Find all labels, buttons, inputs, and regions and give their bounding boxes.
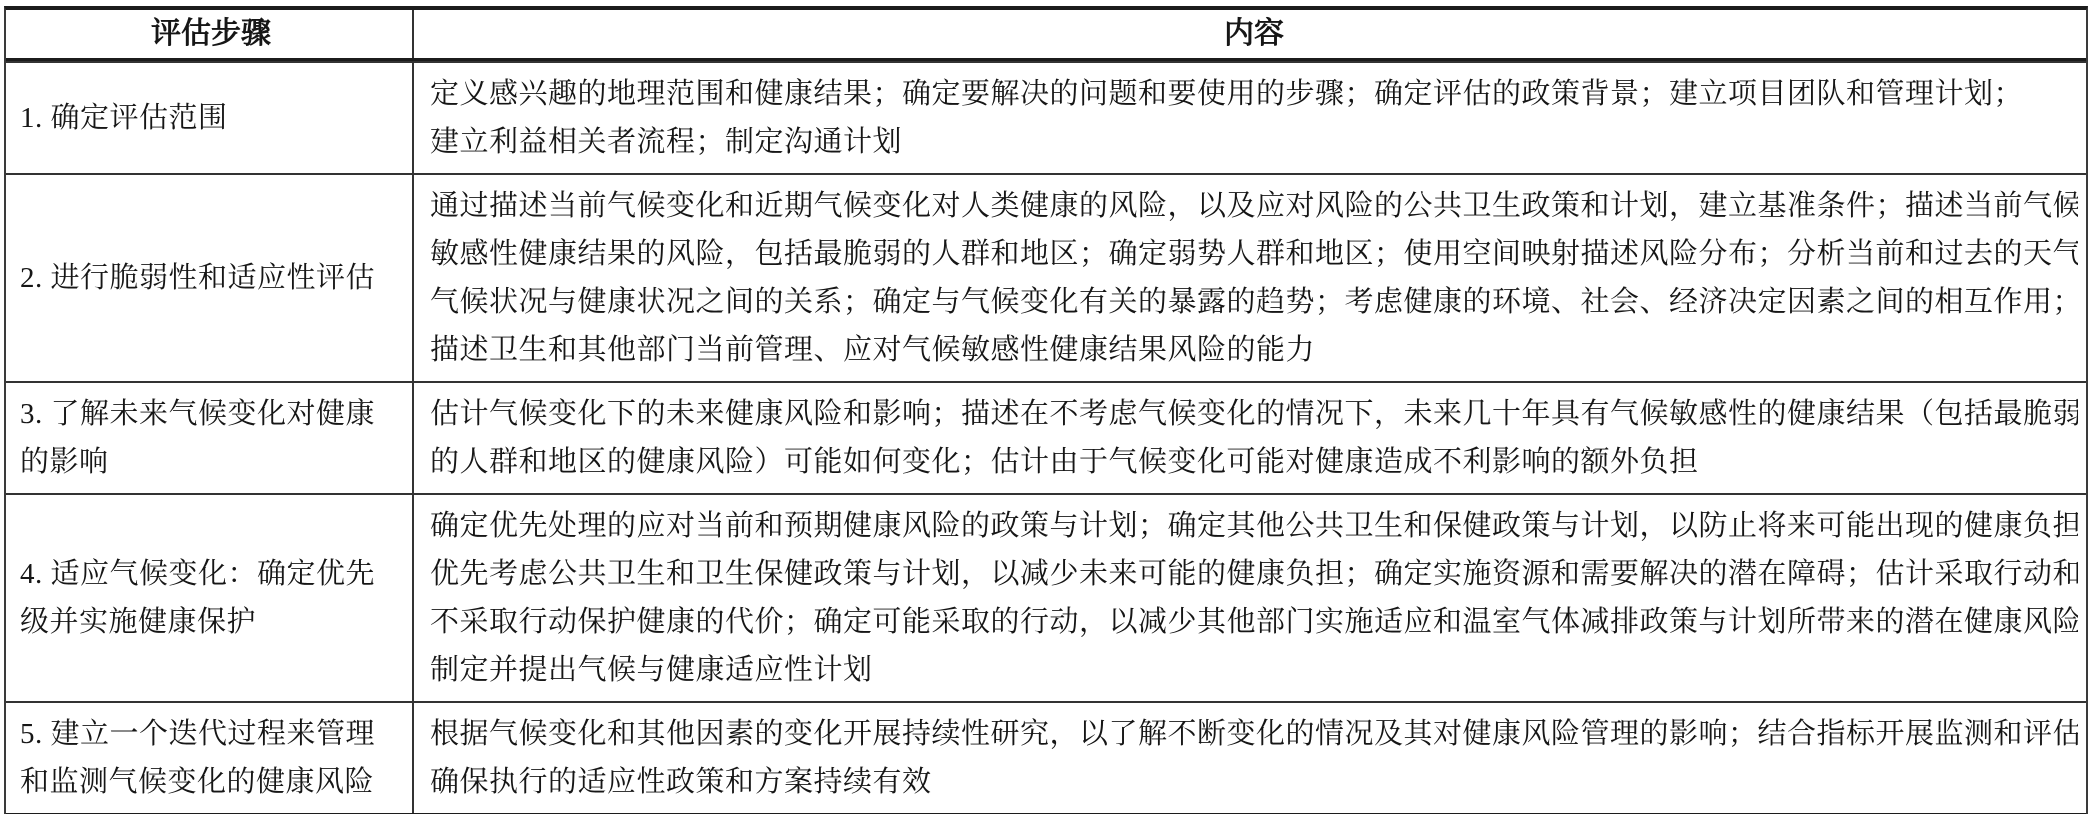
- step-line: 级并实施健康保护: [20, 598, 402, 646]
- step-cell: 3. 了解未来气候变化对健康 的影响: [6, 383, 414, 493]
- content-line: 制定并提出气候与健康适应性计划: [430, 646, 2078, 694]
- column-header-content-cell: 内容: [414, 10, 2086, 58]
- content-cell: 定义感兴趣的地理范围和健康结果；确定要解决的问题和要使用的步骤；确定评估的政策背…: [414, 63, 2086, 173]
- table-row: 5. 建立一个迭代过程来管理 和监测气候变化的健康风险 根据气候变化和其他因素的…: [6, 701, 2086, 813]
- step-cell: 1. 确定评估范围: [6, 63, 414, 173]
- table-row: 2. 进行脆弱性和适应性评估 通过描述当前气候变化和近期气候变化对人类健康的风险…: [6, 173, 2086, 381]
- step-line: 的影响: [20, 438, 402, 486]
- content-line: 优先考虑公共卫生和卫生保健政策与计划，以减少未来可能的健康负担；确定实施资源和需…: [430, 550, 2078, 598]
- content-cell: 通过描述当前气候变化和近期气候变化对人类健康的风险，以及应对风险的公共卫生政策和…: [414, 175, 2086, 381]
- table-header-row: 评估步骤 内容: [6, 10, 2086, 61]
- column-header-steps: 评估步骤: [151, 11, 271, 57]
- step-line: 2. 进行脆弱性和适应性评估: [20, 254, 402, 302]
- content-line: 定义感兴趣的地理范围和健康结果；确定要解决的问题和要使用的步骤；确定评估的政策背…: [430, 70, 2078, 118]
- column-header-content: 内容: [1224, 11, 1284, 57]
- content-line: 气候状况与健康状况之间的关系；确定与气候变化有关的暴露的趋势；考虑健康的环境、社…: [430, 278, 2078, 326]
- step-cell: 2. 进行脆弱性和适应性评估: [6, 175, 414, 381]
- content-line: 确定优先处理的应对当前和预期健康风险的政策与计划；确定其他公共卫生和保健政策与计…: [430, 502, 2078, 550]
- content-line: 描述卫生和其他部门当前管理、应对气候敏感性健康结果风险的能力: [430, 326, 2078, 374]
- step-line: 和监测气候变化的健康风险: [20, 758, 402, 806]
- content-line: 通过描述当前气候变化和近期气候变化对人类健康的风险，以及应对风险的公共卫生政策和…: [430, 182, 2078, 230]
- content-line: 敏感性健康结果的风险，包括最脆弱的人群和地区；确定弱势人群和地区；使用空间映射描…: [430, 230, 2078, 278]
- table-row: 1. 确定评估范围 定义感兴趣的地理范围和健康结果；确定要解决的问题和要使用的步…: [6, 61, 2086, 173]
- content-cell: 估计气候变化下的未来健康风险和影响；描述在不考虑气候变化的情况下，未来几十年具有…: [414, 383, 2086, 493]
- content-cell: 确定优先处理的应对当前和预期健康风险的政策与计划；确定其他公共卫生和保健政策与计…: [414, 495, 2086, 701]
- step-line: 4. 适应气候变化：确定优先: [20, 550, 402, 598]
- content-line: 确保执行的适应性政策和方案持续有效: [430, 758, 2078, 806]
- content-line: 建立利益相关者流程；制定沟通计划: [430, 118, 2078, 166]
- content-line: 的人群和地区的健康风险）可能如何变化；估计由于气候变化可能对健康造成不利影响的额…: [430, 438, 2078, 486]
- content-cell: 根据气候变化和其他因素的变化开展持续性研究，以了解不断变化的情况及其对健康风险管…: [414, 703, 2086, 813]
- step-cell: 5. 建立一个迭代过程来管理 和监测气候变化的健康风险: [6, 703, 414, 813]
- table-row: 4. 适应气候变化：确定优先 级并实施健康保护 确定优先处理的应对当前和预期健康…: [6, 493, 2086, 701]
- step-line: 1. 确定评估范围: [20, 94, 402, 142]
- assessment-table: 评估步骤 内容 1. 确定评估范围 定义感兴趣的地理范围和健康结果；确定要解决的…: [4, 6, 2088, 814]
- content-line: 估计气候变化下的未来健康风险和影响；描述在不考虑气候变化的情况下，未来几十年具有…: [430, 390, 2078, 438]
- step-line: 3. 了解未来气候变化对健康: [20, 390, 402, 438]
- table-row: 3. 了解未来气候变化对健康 的影响 估计气候变化下的未来健康风险和影响；描述在…: [6, 381, 2086, 493]
- content-line: 根据气候变化和其他因素的变化开展持续性研究，以了解不断变化的情况及其对健康风险管…: [430, 710, 2078, 758]
- step-line: 5. 建立一个迭代过程来管理: [20, 710, 402, 758]
- content-line: 不采取行动保护健康的代价；确定可能采取的行动，以减少其他部门实施适应和温室气体减…: [430, 598, 2078, 646]
- column-header-steps-cell: 评估步骤: [6, 10, 414, 58]
- step-cell: 4. 适应气候变化：确定优先 级并实施健康保护: [6, 495, 414, 701]
